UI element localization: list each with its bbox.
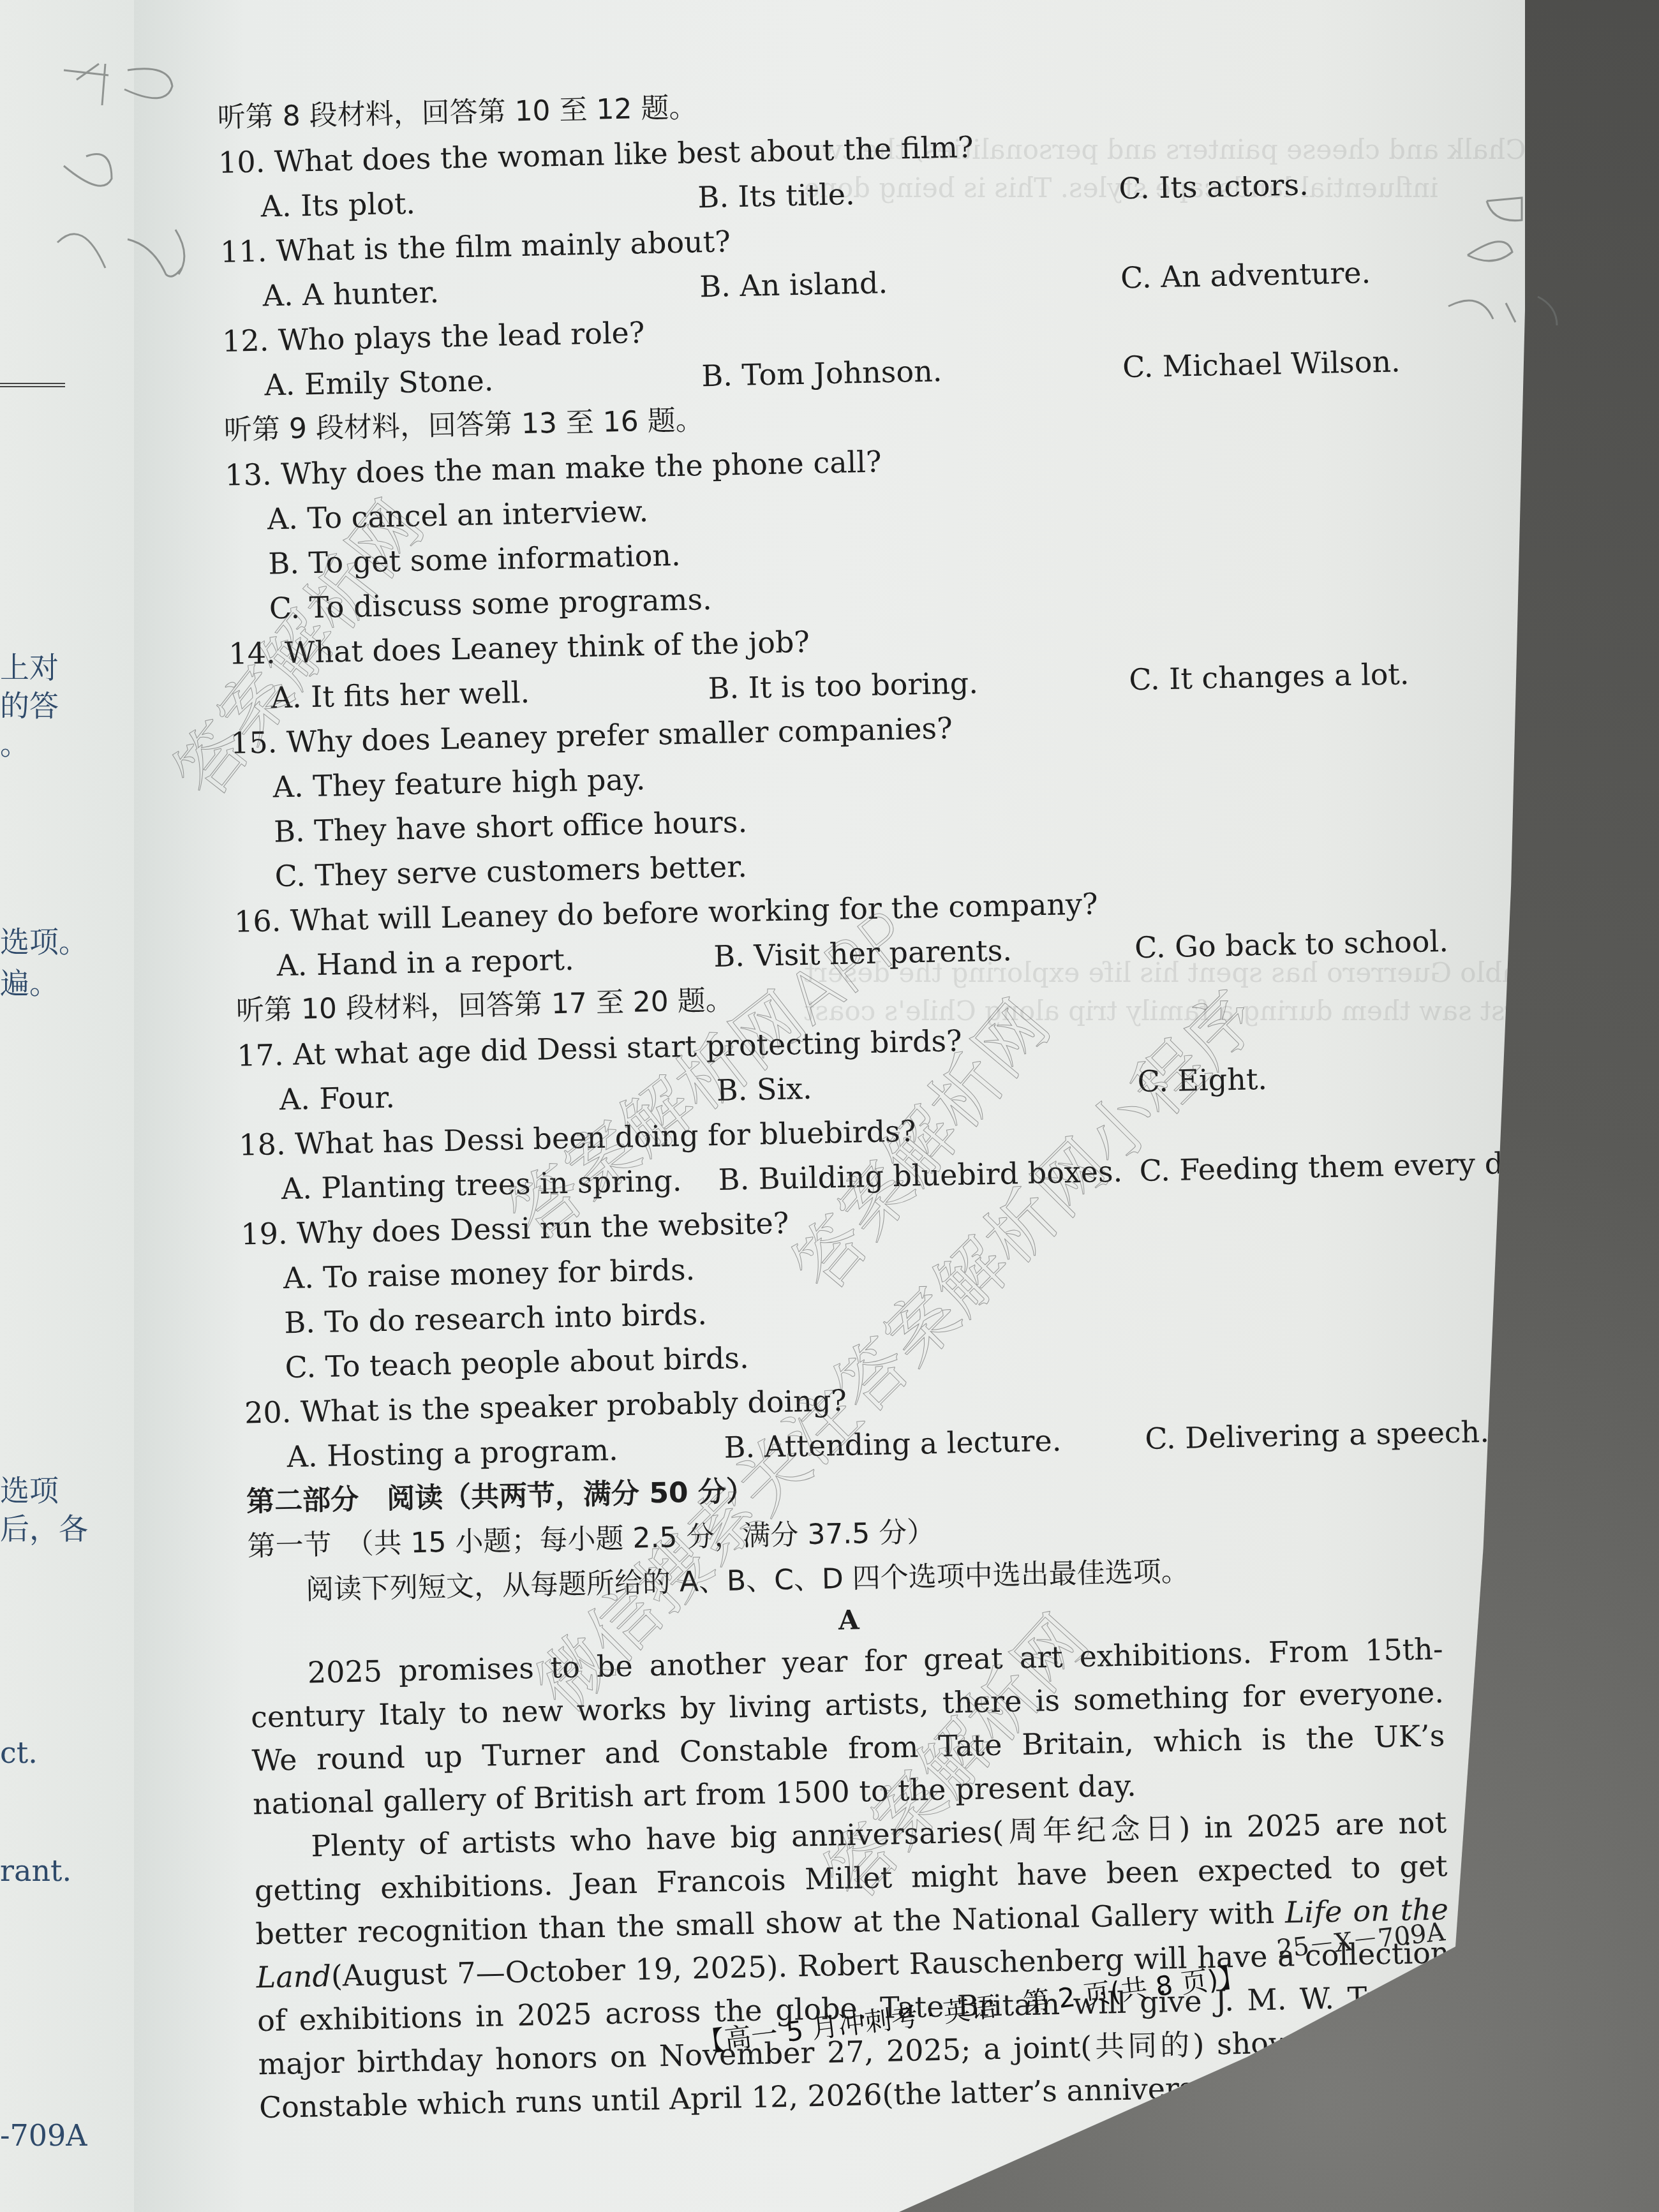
- pencil-marks: [0, 0, 1659, 2212]
